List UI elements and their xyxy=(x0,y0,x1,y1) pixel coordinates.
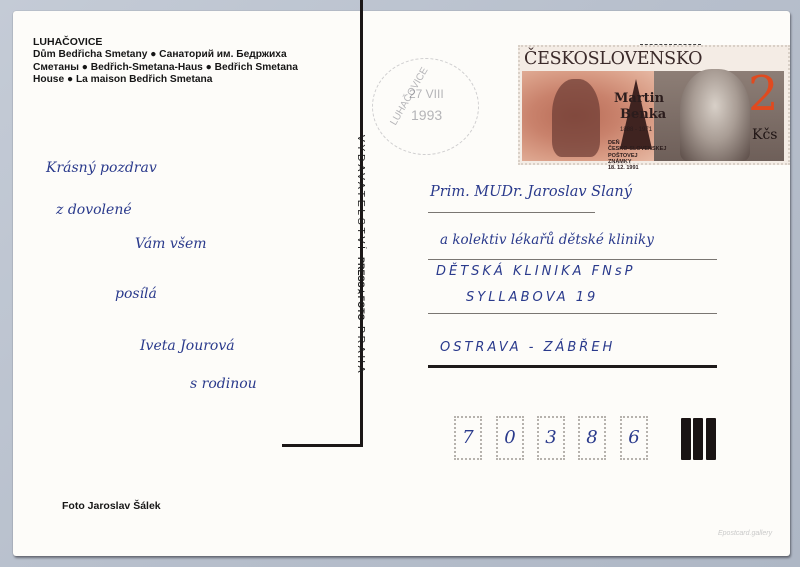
stamp-years: 1888 - 1971 xyxy=(620,127,652,133)
message-line: Vám všem xyxy=(135,236,207,252)
stamp-currency: Kčs xyxy=(752,127,777,143)
address-rule xyxy=(428,313,717,314)
address-rule xyxy=(428,212,595,213)
address-line: Prim. MUDr. Jaroslav Slaný xyxy=(430,184,632,200)
publisher-imprint: VYDAVATELSTVÍ PRESS★FOTO PRAHA xyxy=(348,95,374,415)
address-line: OSTRAVA - ZÁBŘEH xyxy=(440,340,615,355)
postal-code-digit: 3 xyxy=(537,416,565,460)
divider-foot xyxy=(282,444,363,447)
publisher-before: VYDAVATELSTVÍ xyxy=(355,135,367,252)
postage-stamp: ČESKOSLOVENSKO Martin Benka 1888 - 1971 … xyxy=(518,45,790,165)
address-line: a kolektiv lékařů dětské kliniky xyxy=(440,232,654,248)
address-line: DĚTSKÁ KLINIKA FNsP xyxy=(436,264,636,279)
photo-credit: Foto Jaroslav Šálek xyxy=(62,500,161,512)
postmark-year: 1993 xyxy=(411,107,442,123)
postmark: LUHAČOVICE 27 VIII 1993 xyxy=(372,58,479,155)
sorting-bar xyxy=(681,418,691,460)
sorting-bar xyxy=(693,418,703,460)
message-line: Iveta Jourová xyxy=(140,338,235,354)
message-line: z dovolené xyxy=(56,202,132,218)
stamp-value: 2 xyxy=(748,69,779,119)
watermark: Epostcard.gallery xyxy=(718,530,772,537)
postal-code-digit: 0 xyxy=(496,416,524,460)
postal-code-digit: 7 xyxy=(454,416,482,460)
pressfoto-logo: PRESS★FOTO xyxy=(356,257,366,320)
postal-code-digit: 6 xyxy=(620,416,648,460)
address-line: SYLLABOVA 19 xyxy=(466,290,598,305)
message-line: Krásný pozdrav xyxy=(46,160,157,176)
postal-code-digit: 8 xyxy=(578,416,606,460)
publisher-after: PRAHA xyxy=(355,326,367,375)
stamp-name-last: Benka xyxy=(614,107,666,123)
stamp-country: ČESKOSLOVENSKO xyxy=(524,49,702,69)
caption-description: Dům Bedřicha Smetany ● Санаторий им. Бед… xyxy=(33,49,298,85)
sorting-bar xyxy=(706,418,716,460)
address-rule-bold xyxy=(428,365,717,368)
postcard-caption: LUHAČOVICE Dům Bedřicha Smetany ● Санато… xyxy=(33,36,303,87)
caption-place: LUHAČOVICE xyxy=(33,36,303,48)
stamp-event: DEŇ ČESKO-SLOVENSKEJ POŠTOVEJ ZNÁMKY 18.… xyxy=(608,140,666,171)
stamp-figure-image xyxy=(552,79,600,157)
stamp-name-first: Martin xyxy=(614,91,666,107)
message-line: s rodinou xyxy=(190,376,257,392)
address-rule xyxy=(428,259,717,260)
star-icon: ★ xyxy=(356,288,366,296)
stamp-name: Martin Benka xyxy=(614,91,666,123)
postmark-date: 27 VIII xyxy=(409,87,444,101)
message-line: posílá xyxy=(115,286,157,302)
stamp-portrait-image xyxy=(680,69,750,161)
